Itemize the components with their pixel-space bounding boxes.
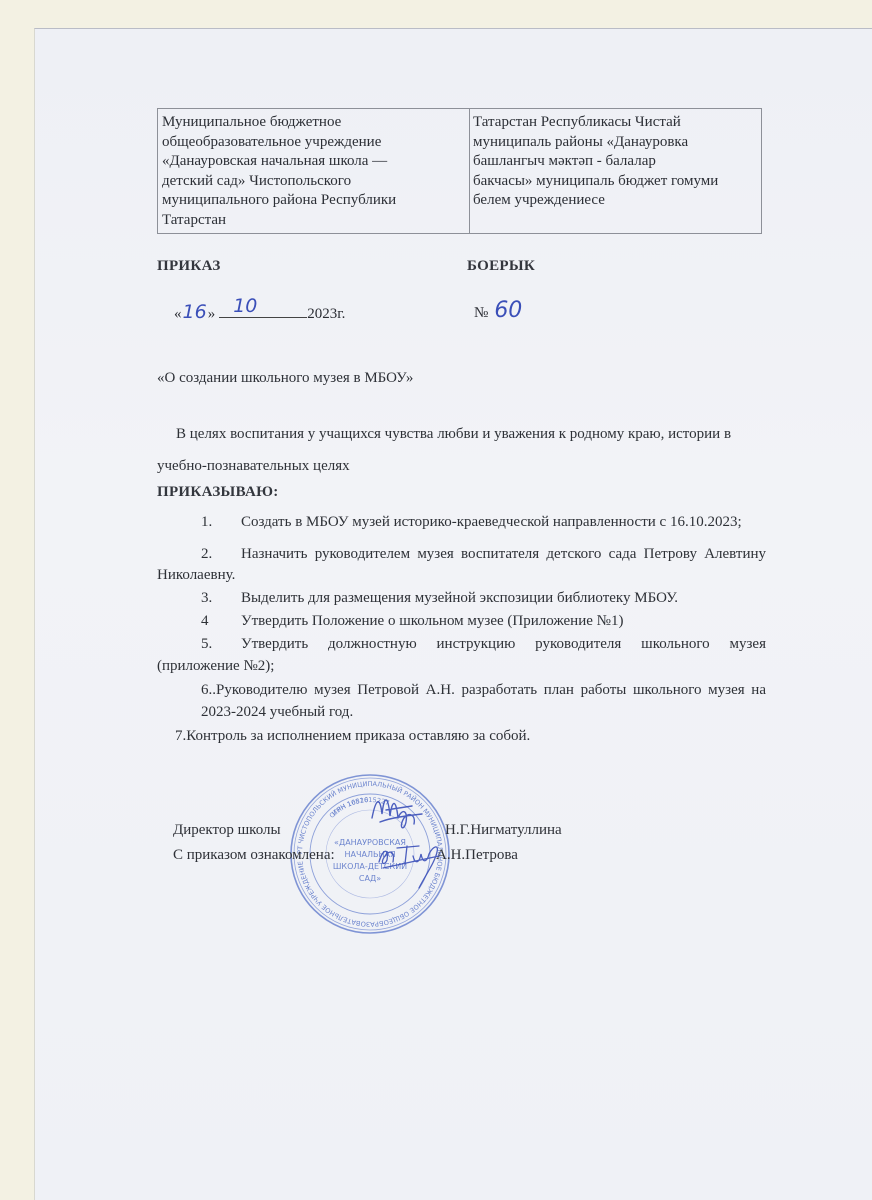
header-ru-line: муниципального района Республики	[162, 191, 465, 211]
date-day-handwritten: 16	[183, 301, 207, 323]
header-cell-russian: Муниципальное бюджетное общеобразователь…	[158, 109, 470, 233]
item-number: 1.	[201, 512, 241, 533]
item-number: 3.	[201, 588, 241, 609]
item-text: Создать в МБОУ музей историко-краеведчес…	[241, 514, 742, 530]
item-text: Выделить для размещения музейной экспози…	[241, 590, 678, 606]
preamble-line-2: учебно-познавательных целях	[157, 456, 350, 476]
institution-header-table: Муниципальное бюджетное общеобразователь…	[157, 108, 762, 234]
item-number: 5.	[201, 634, 241, 655]
header-tt-line: бакчасы» муниципаль бюджет гомуми	[473, 172, 757, 192]
order-item-3: 3.Выделить для размещения музейной экспо…	[201, 588, 678, 609]
header-tt-line: Татарстан Республикасы Чистай	[473, 113, 757, 133]
order-number: № 60	[474, 298, 522, 323]
acknowledged-name: А.Н.Петрова	[436, 845, 518, 865]
director-label: Директор школы	[173, 820, 281, 840]
title-boeryk: БОЕРЫК	[467, 258, 535, 275]
date-month-blank: 10	[219, 300, 307, 318]
preamble-line-1: В целях воспитания у учащихся чувства лю…	[176, 424, 731, 444]
order-item-2: 2.Назначить руководителем музея воспитат…	[201, 544, 766, 565]
acknowledged-label: С приказом ознакомлена:	[173, 845, 335, 865]
item-text: Утвердить Положение о школьном музее (Пр…	[241, 613, 623, 629]
number-handwritten: 60	[494, 298, 522, 323]
date-close-quote: »	[208, 306, 216, 323]
header-ru-line: Татарстан	[162, 211, 465, 231]
order-date: « 16 » 10 2023г.	[174, 300, 345, 323]
director-signature-icon	[368, 788, 428, 836]
header-ru-line: общеобразовательное учреждение	[162, 133, 465, 153]
header-ru-line: детский сад» Чистопольского	[162, 172, 465, 192]
order-item-6-continuation: 2023-2024 учебный год.	[201, 702, 353, 723]
title-prikaz: ПРИКАЗ	[157, 258, 221, 275]
header-ru-line: Муниципальное бюджетное	[162, 113, 465, 133]
date-open-quote: «	[174, 306, 182, 323]
item-text: Утвердить должностную инструкцию руковод…	[241, 636, 766, 652]
order-item-2-continuation: Николаевну.	[157, 565, 235, 586]
item-text: Назначить руководителем музея воспитател…	[241, 546, 766, 562]
order-item-7: 7.Контроль за исполнением приказа оставл…	[175, 726, 530, 747]
header-tt-line: белем учреждениесе	[473, 191, 757, 211]
order-item-4: 4Утвердить Положение о школьном музее (П…	[201, 611, 623, 632]
order-subject: «О создании школьного музея в МБОУ»	[157, 368, 413, 388]
item-text: 6..Руководителю музея Петровой А.Н. разр…	[201, 682, 766, 698]
header-ru-line: «Данауровская начальная школа —	[162, 152, 465, 172]
item-number: 2.	[201, 544, 241, 565]
header-tt-line: муниципаль районы «Данауровка	[473, 133, 757, 153]
date-year: 2023г.	[307, 306, 345, 323]
order-item-5-continuation: (приложение №2);	[157, 656, 274, 677]
order-item-6: 6..Руководителю музея Петровой А.Н. разр…	[201, 680, 766, 701]
date-month-handwritten: 10	[233, 295, 257, 317]
number-label: №	[474, 305, 488, 322]
order-heading: ПРИКАЗЫВАЮ:	[157, 484, 279, 501]
header-tt-line: башлангыч мәктәп - балалар	[473, 152, 757, 172]
director-name: Н.Г.Нигматуллина	[445, 820, 562, 840]
item-number: 4	[201, 611, 241, 632]
order-item-5: 5.Утвердить должностную инструкцию руков…	[201, 634, 766, 655]
acknowledged-signature-icon	[375, 836, 447, 892]
header-cell-tatar: Татарстан Республикасы Чистай муниципаль…	[470, 109, 761, 233]
order-item-1: 1.Создать в МБОУ музей историко-краеведч…	[201, 512, 742, 533]
